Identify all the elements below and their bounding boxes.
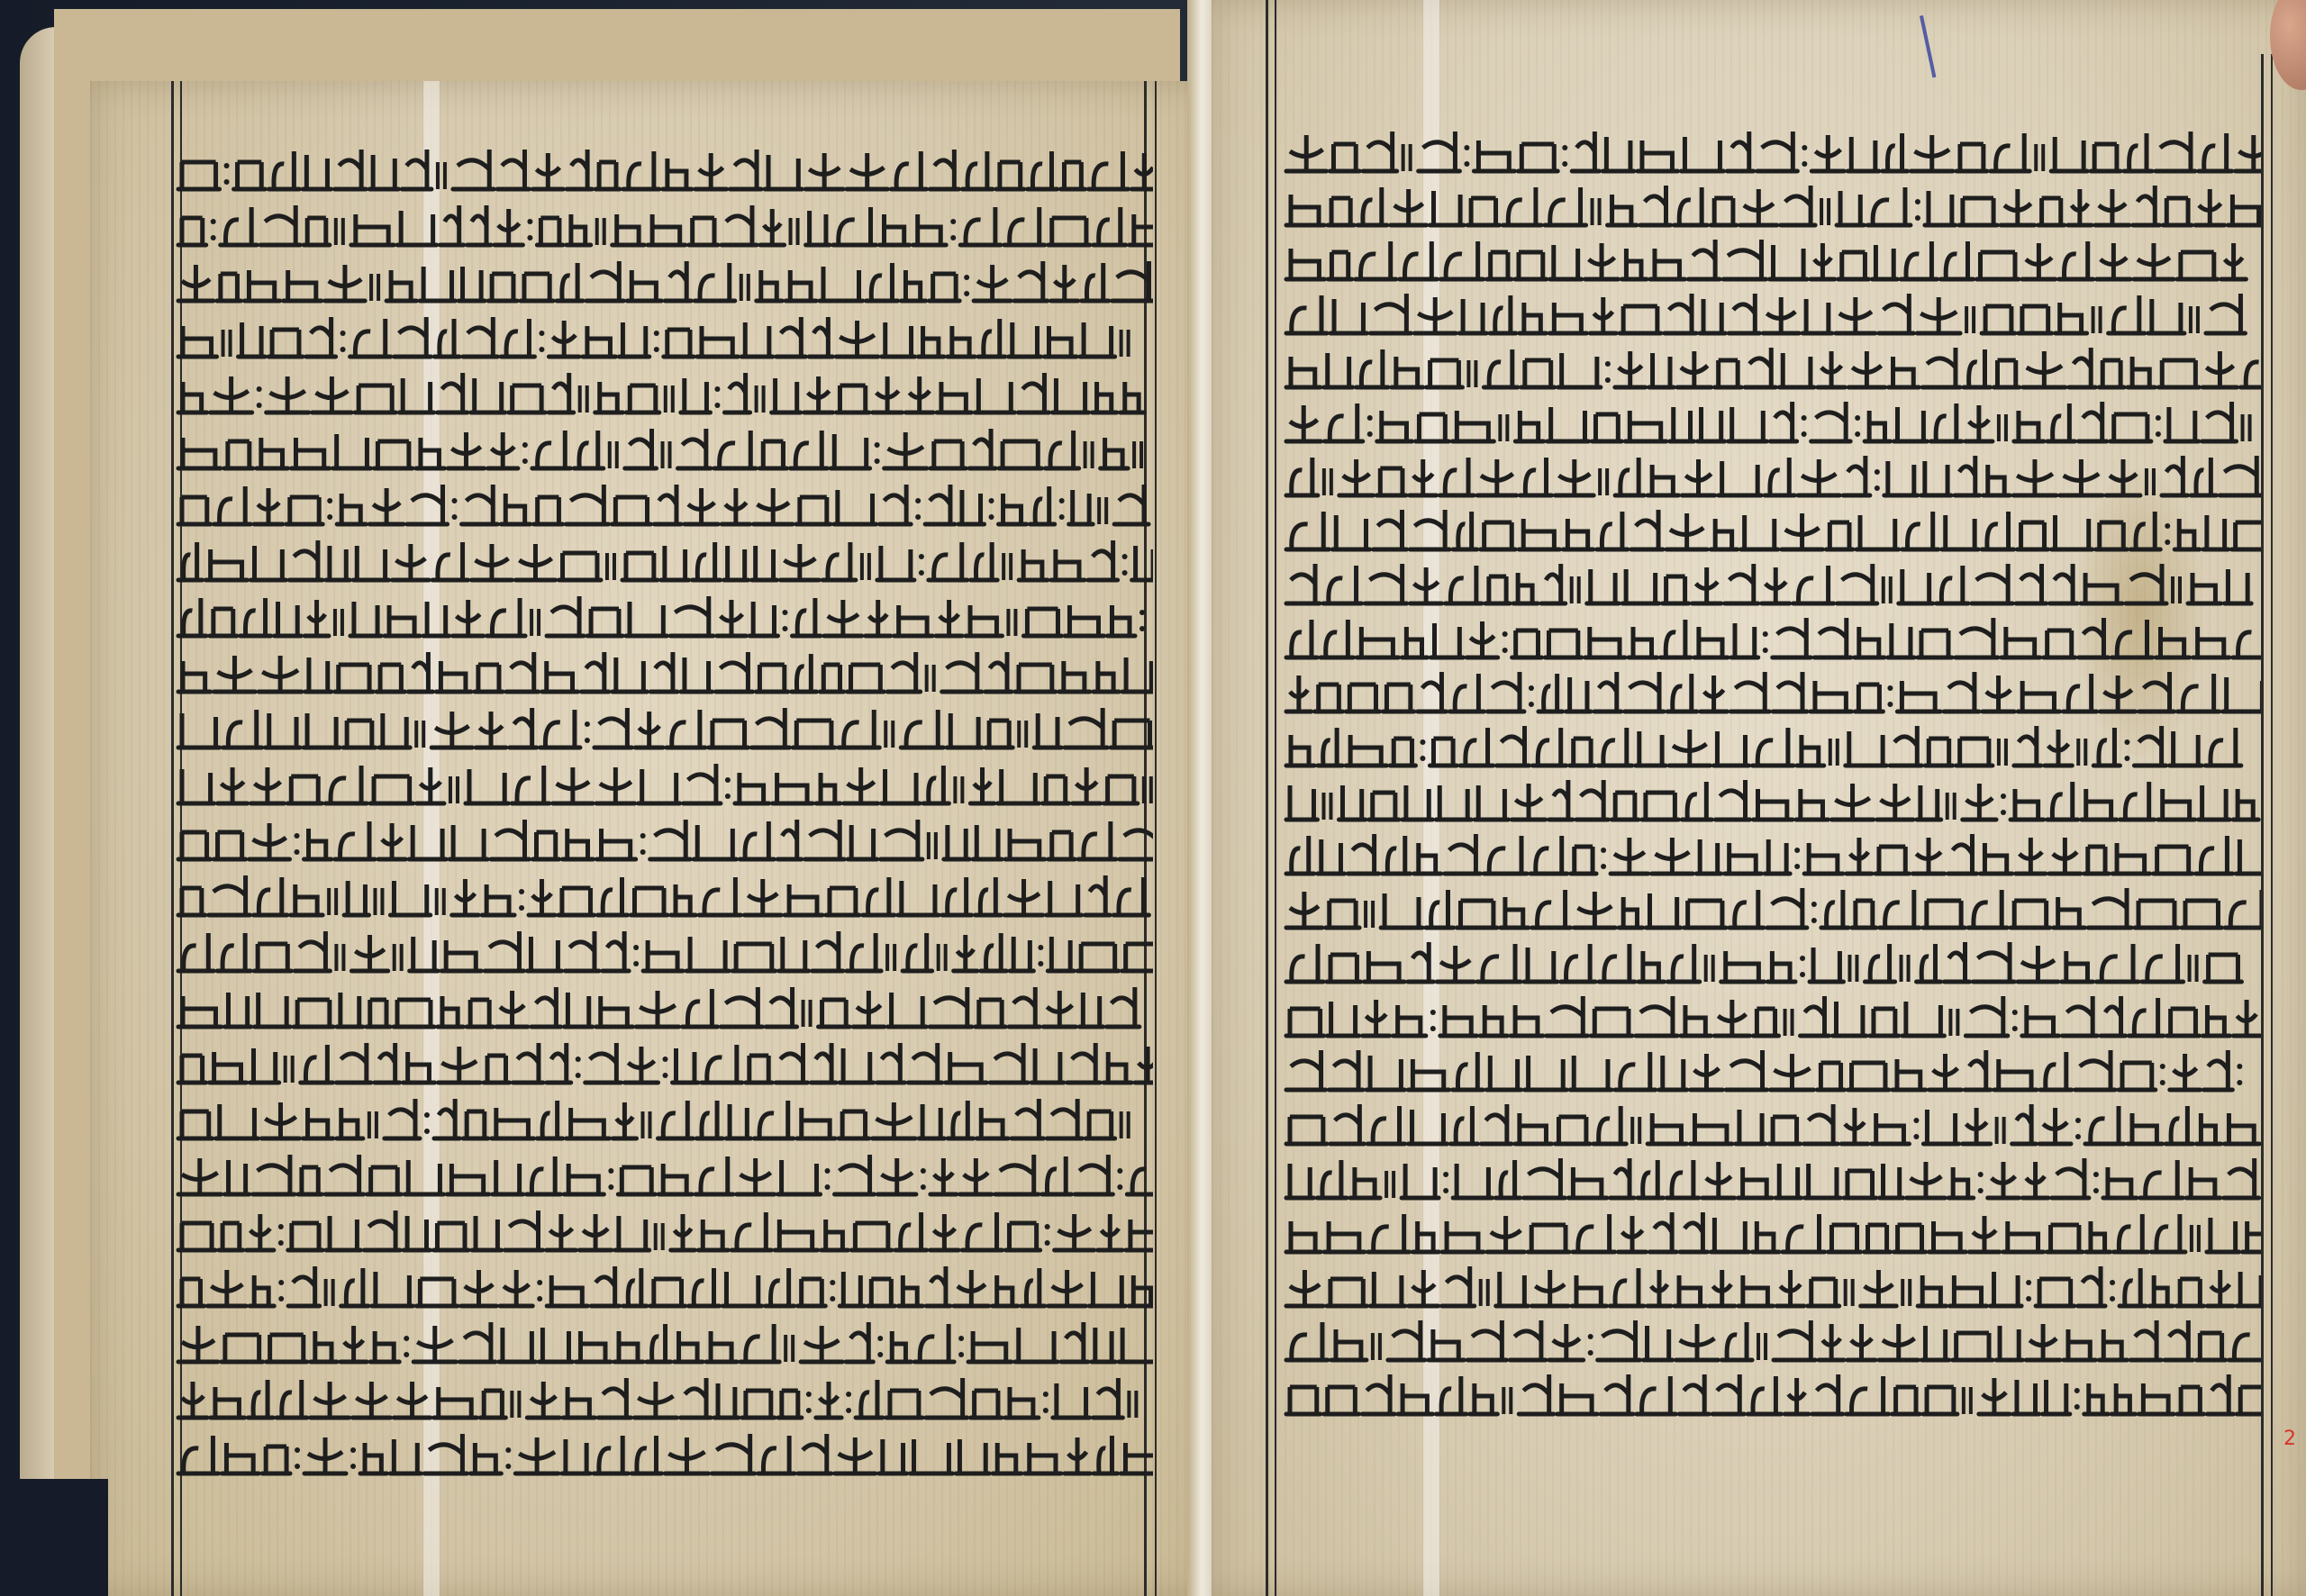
manuscript-line <box>171 535 1153 585</box>
manuscript-line <box>171 1149 1153 1200</box>
handwriting-strokes <box>1279 504 2261 555</box>
manuscript-line <box>1279 558 2261 609</box>
handwriting-strokes <box>1279 1099 2261 1149</box>
manuscript-line <box>1279 450 2261 501</box>
handwriting-strokes <box>1279 829 2261 879</box>
manuscript-line <box>1279 1207 2261 1257</box>
handwriting-strokes <box>171 479 1153 530</box>
handwriting-strokes <box>1279 234 2261 285</box>
handwriting-strokes <box>1279 342 2261 393</box>
handwriting-strokes <box>1279 775 2261 825</box>
manuscript-line <box>171 1205 1153 1256</box>
manuscript-line <box>1279 1261 2261 1311</box>
manuscript-line <box>171 591 1153 641</box>
manuscript-line <box>1279 937 2261 987</box>
handwriting-strokes <box>171 926 1153 976</box>
handwriting-strokes <box>1279 450 2261 501</box>
handwriting-strokes <box>1279 1315 2261 1365</box>
manuscript-line <box>171 814 1153 865</box>
handwriting-strokes <box>171 591 1153 641</box>
handwriting-strokes <box>171 535 1153 585</box>
manuscript-line <box>171 1038 1153 1088</box>
manuscript-line <box>1279 1369 2261 1419</box>
manuscript-line <box>1279 126 2261 177</box>
handwriting-strokes <box>171 423 1153 474</box>
edge-mark: 2 <box>2283 1428 2296 1450</box>
manuscript-line <box>1279 721 2261 771</box>
handwriting-strokes <box>1279 937 2261 987</box>
handwriting-strokes <box>1279 667 2261 717</box>
handwriting-strokes <box>171 1261 1153 1311</box>
handwriting-strokes <box>1279 558 2261 609</box>
manuscript-line <box>171 870 1153 920</box>
handwriting-strokes <box>171 758 1153 809</box>
manuscript-line <box>171 1093 1153 1144</box>
manuscript-line <box>171 926 1153 976</box>
manuscript-line <box>1279 342 2261 393</box>
manuscript-line <box>171 1261 1153 1311</box>
handwriting-strokes <box>1279 721 2261 771</box>
manuscript-line <box>1279 1153 2261 1203</box>
manuscript-line <box>171 1373 1153 1423</box>
handwriting-strokes <box>171 1373 1153 1423</box>
handwriting-strokes <box>171 256 1153 306</box>
handwriting-strokes <box>171 1428 1153 1479</box>
handwriting-strokes <box>171 367 1153 418</box>
handwriting-strokes <box>1279 1261 2261 1311</box>
handwriting-strokes <box>1279 1045 2261 1095</box>
manuscript-line <box>1279 396 2261 447</box>
manuscript-line <box>1279 1099 2261 1149</box>
manuscript-line <box>1279 288 2261 339</box>
manuscript-line <box>1279 829 2261 879</box>
manuscript-line <box>171 647 1153 697</box>
handwriting-strokes <box>1279 396 2261 447</box>
manuscript-line <box>171 256 1153 306</box>
manuscript-line <box>171 367 1153 418</box>
manuscript-line <box>1279 234 2261 285</box>
handwriting-strokes <box>171 1205 1153 1256</box>
manuscript-line <box>171 312 1153 362</box>
margin-rule <box>2271 54 2273 1596</box>
handwriting-strokes <box>1279 126 2261 177</box>
manuscript-line <box>171 423 1153 474</box>
manuscript-line <box>171 982 1153 1032</box>
handwriting-strokes <box>171 200 1153 250</box>
handwriting-strokes <box>171 870 1153 920</box>
manuscript-line <box>1279 1045 2261 1095</box>
right-page <box>1212 0 2306 1596</box>
manuscript-line <box>171 200 1153 250</box>
manuscript-line <box>1279 883 2261 933</box>
manuscript-line <box>1279 991 2261 1041</box>
manuscript-line <box>1279 775 2261 825</box>
handwriting-strokes <box>1279 1369 2261 1419</box>
manuscript-line <box>1279 612 2261 663</box>
left-page <box>90 81 1207 1596</box>
handwriting-strokes <box>1279 612 2261 663</box>
handwriting-strokes <box>1279 1153 2261 1203</box>
margin-rule <box>1275 0 1276 1596</box>
handwriting-strokes <box>171 814 1153 865</box>
margin-rule <box>2261 54 2264 1596</box>
handwriting-strokes <box>1279 1207 2261 1257</box>
handwriting-strokes <box>171 1317 1153 1367</box>
handwriting-strokes <box>171 982 1153 1032</box>
manuscript-line <box>171 1317 1153 1367</box>
handwriting-strokes <box>171 144 1153 195</box>
handwriting-strokes <box>171 647 1153 697</box>
handwriting-strokes <box>171 1038 1153 1088</box>
background-corner <box>0 1479 108 1596</box>
margin-rule <box>1266 0 1268 1596</box>
handwriting-strokes <box>171 703 1153 753</box>
handwriting-strokes <box>171 1093 1153 1144</box>
manuscript-line <box>1279 504 2261 555</box>
handwriting-strokes <box>171 1149 1153 1200</box>
margin-rule <box>1155 81 1157 1596</box>
handwriting-strokes <box>1279 288 2261 339</box>
handwriting-strokes <box>1279 991 2261 1041</box>
manuscript-line <box>1279 1315 2261 1365</box>
manuscript-line <box>171 703 1153 753</box>
handwriting-strokes <box>1279 180 2261 231</box>
manuscript-line <box>171 1428 1153 1479</box>
manuscript-line <box>171 479 1153 530</box>
handwriting-strokes <box>171 312 1153 362</box>
manuscript-line <box>171 144 1153 195</box>
manuscript-line <box>1279 180 2261 231</box>
handwriting-strokes <box>1279 883 2261 933</box>
manuscript-line <box>1279 667 2261 717</box>
thumb <box>2270 0 2306 90</box>
manuscript-line <box>171 758 1153 809</box>
